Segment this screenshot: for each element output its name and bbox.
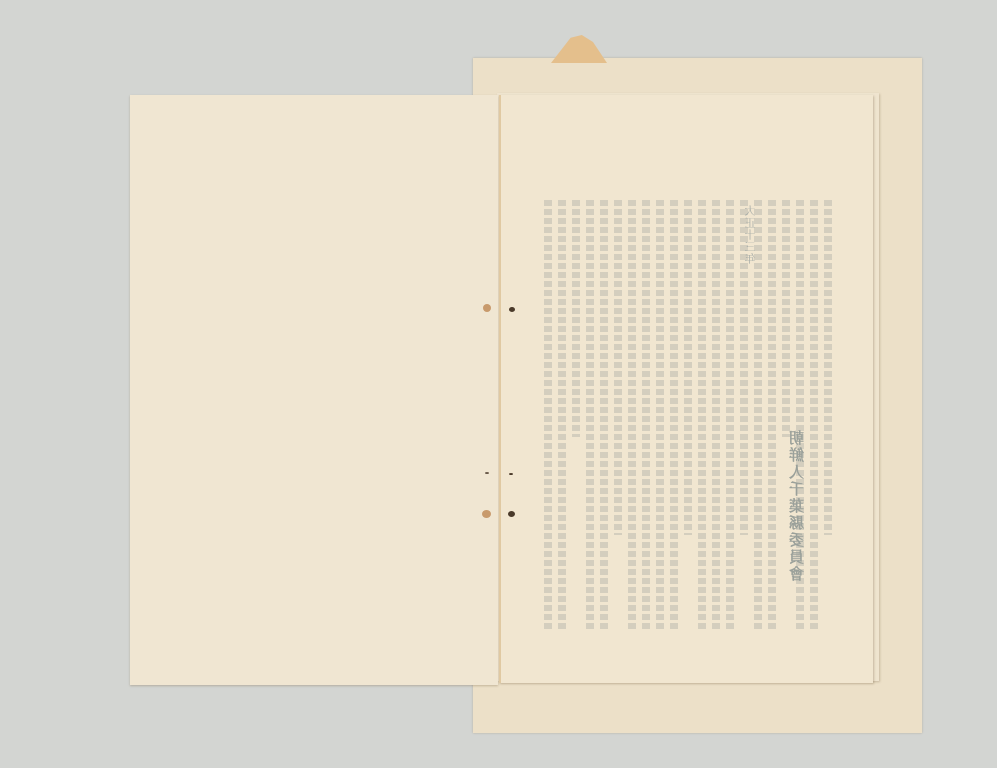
binding-hole-left-top [483,304,491,312]
paper-tab [551,35,607,63]
document-date: 大正十三年 [743,205,759,265]
binding-mark [509,473,513,475]
binding-hole-right-bottom [508,511,515,517]
binding-mark [485,472,489,474]
left-page-blank [130,95,498,685]
binding-hole-right-top [509,307,515,312]
binding-hole-left-bottom [482,510,491,518]
document-title: 朝鮮人千葉縣委員會 [786,430,807,583]
